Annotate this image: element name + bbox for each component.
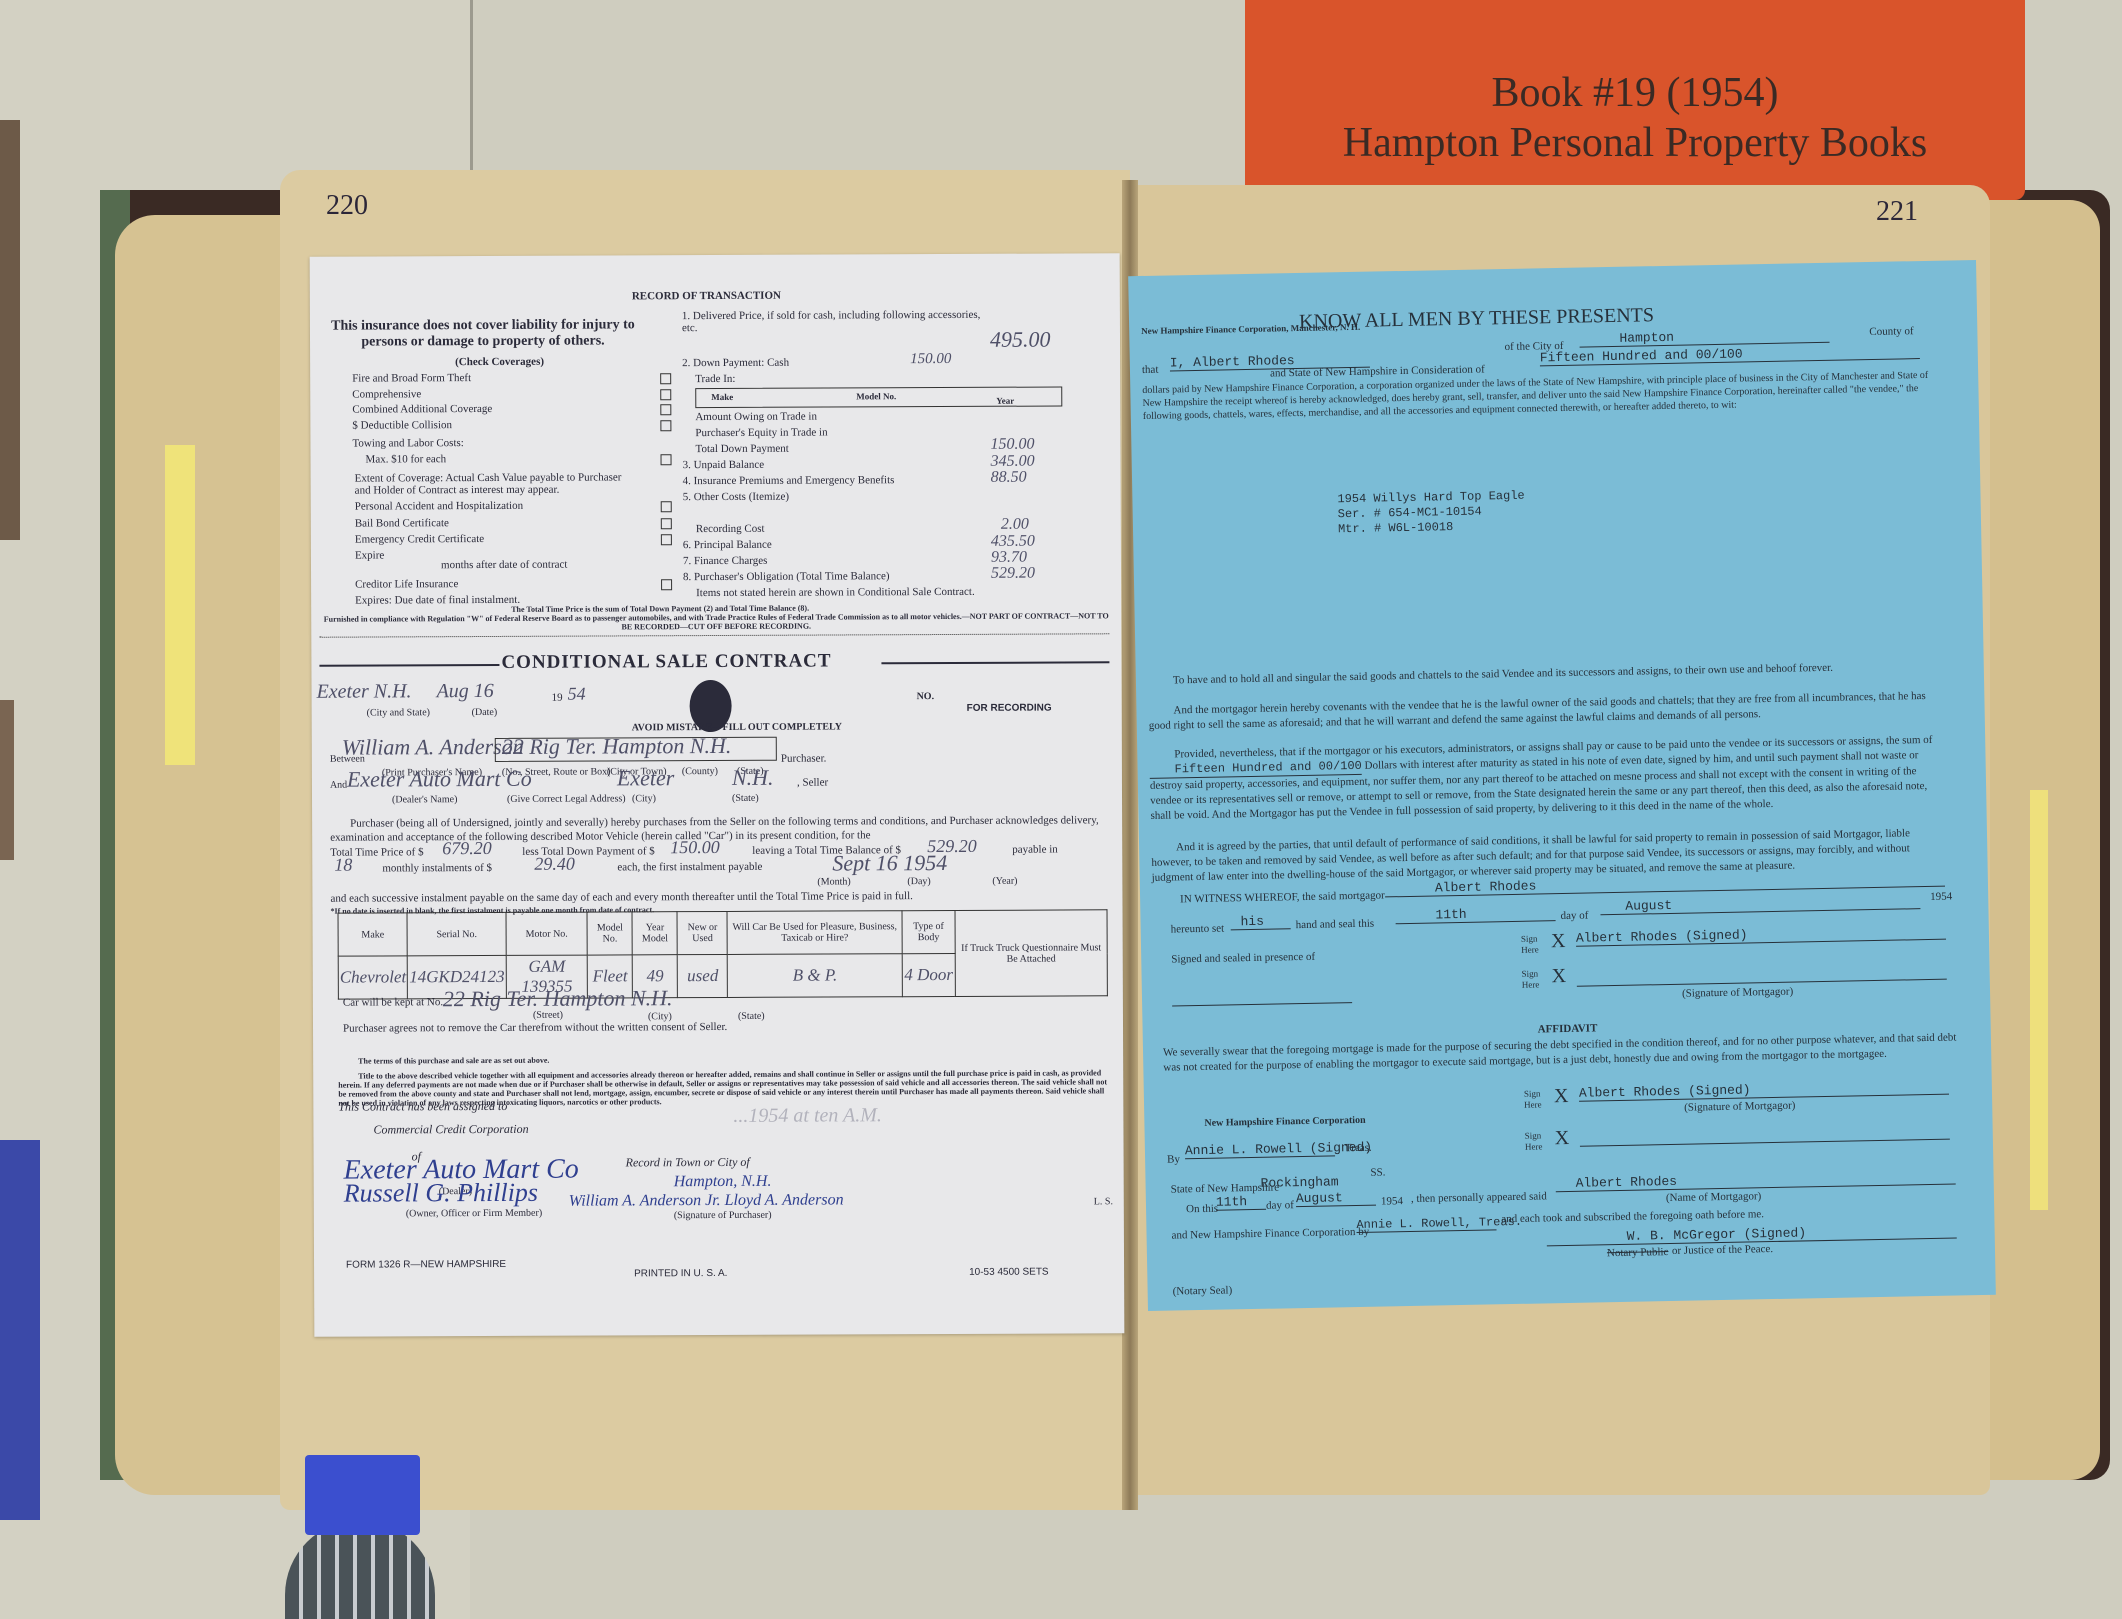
coverage-combined: Combined Additional Coverage — [352, 403, 492, 416]
th-new-used: New or Used — [677, 911, 727, 954]
assigned-to: Commercial Credit Corporation — [373, 1122, 528, 1138]
para-hold: To have and to hold all and singular the… — [1148, 659, 1948, 689]
that-label: that — [1142, 364, 1159, 376]
corp-by-label: and New Hampshire Finance Corporation by — [1171, 1226, 1369, 1242]
checkbox-comprehensive[interactable] — [660, 389, 671, 400]
witness-line[interactable] — [1172, 1002, 1352, 1006]
x-mark-2: X — [1551, 965, 1566, 988]
faint-pencil-note: ...1954 at ten A.M. — [733, 1104, 882, 1128]
no-label: NO. — [917, 691, 935, 702]
value-obligation[interactable]: 529.20 — [991, 565, 1035, 583]
cell-body[interactable]: 4 Door — [902, 953, 955, 996]
month-label: (Month) — [817, 876, 850, 887]
on-this-label: On this — [1186, 1203, 1218, 1216]
record-in-label: Record in Town or City of — [626, 1155, 750, 1171]
coverage-creditor-life: Creditor Life Insurance — [355, 578, 458, 590]
checkbox-combined[interactable] — [660, 404, 671, 415]
dealer-name-label: (Dealer's Name) — [392, 794, 457, 805]
coverage-accident: Personal Accident and Hospitalization — [355, 500, 523, 513]
th-serial: Serial No. — [407, 912, 506, 955]
mortgagor-signature[interactable]: Albert Rhodes (Signed) — [1576, 924, 1946, 947]
seller-suffix: , Seller — [797, 777, 828, 789]
name-of-mortgagor-label: (Name of Mortgagor) — [1666, 1190, 1762, 1204]
county-of-label: County of — [1869, 325, 1914, 338]
notary-month[interactable]: August — [1296, 1190, 1376, 1208]
purchaser-county-label: (County) — [682, 766, 718, 777]
item-total-down: Total Down Payment — [695, 443, 788, 455]
th-motor: Motor No. — [506, 912, 588, 955]
contract-city-state[interactable]: Exeter N.H. — [316, 680, 411, 703]
purchaser-sig-label: (Signature of Purchaser) — [674, 1210, 772, 1221]
instalments-count[interactable]: 18 — [334, 855, 352, 876]
first-payable-label: each, the first instalment payable — [617, 861, 762, 874]
printed-in: PRINTED IN U. S. A. — [634, 1268, 727, 1279]
sign-here-4: Sign Here — [1525, 1130, 1555, 1153]
signature-label-1: (Signature of Mortgagor) — [1682, 986, 1793, 1000]
item-obligation: 8. Purchaser's Obligation (Total Time Ba… — [683, 570, 890, 583]
seller-city-label: (City) — [632, 793, 656, 804]
mortgage-city[interactable]: Hampton — [1579, 327, 1829, 348]
x-mark-1: X — [1551, 930, 1566, 953]
officer-label: (Owner, Officer or Firm Member) — [406, 1208, 542, 1220]
vehicle-description: 1954 Willys Hard Top Eagle — [1337, 489, 1524, 507]
kept-at-address[interactable]: 22 Rig Ter. Hampton N.H. — [443, 985, 673, 1012]
legal-address-label: (Give Correct Legal Address) — [507, 793, 626, 805]
hand-seal-label: hand and seal this — [1296, 918, 1375, 932]
th-body: Type of Body — [902, 910, 955, 953]
contract-year-suffix[interactable]: 54 — [568, 684, 586, 705]
value-delivered-price[interactable]: 495.00 — [990, 327, 1051, 353]
sign-here-1: Sign Here — [1521, 933, 1551, 956]
th-model: Model No. — [587, 912, 632, 955]
title-rule-right — [881, 661, 1109, 664]
corp-name: New Hampshire Finance Corporation — [1204, 1115, 1365, 1129]
signature-label-2: (Signature of Mortgagor) — [1684, 1100, 1795, 1114]
kept-at-label: Car will be kept at No. — [343, 996, 443, 1008]
value-down-cash[interactable]: 150.00 — [910, 351, 951, 368]
conditional-sale-form: RECORD OF TRANSACTION This insurance doe… — [310, 253, 1125, 1337]
affidavit-title: AFFIDAVIT — [1538, 1022, 1598, 1035]
compliance-note: Furnished in compliance with Regulation … — [321, 611, 1111, 632]
seller-city[interactable]: Exeter — [617, 765, 675, 791]
sign-here-2: Sign Here — [1522, 968, 1552, 991]
binder-clip-icon[interactable] — [305, 1455, 420, 1535]
binder-edge — [0, 120, 20, 540]
cut-line — [319, 633, 1109, 637]
checkbox-accident[interactable] — [661, 501, 672, 512]
purchaser-signature[interactable]: William A. Anderson Jr. Lloyd A. Anderso… — [569, 1191, 844, 1210]
coverage-expire: Expire — [355, 549, 384, 561]
appeared-label: , then personally appeared said — [1411, 1190, 1547, 1205]
treasurer-signature[interactable]: Annie L. Rowell (Signed) — [1185, 1140, 1335, 1159]
book-label-text: Book #19 (1954) Hampton Personal Propert… — [1245, 68, 2025, 168]
monthly-amount[interactable]: 29.40 — [534, 854, 575, 875]
seller-state[interactable]: N.H. — [732, 765, 774, 791]
vehicle-serial: Ser. # 654-MC1-10154 — [1338, 504, 1482, 521]
coverage-emergency: Emergency Credit Certificate — [355, 533, 484, 546]
checkbox-collision[interactable] — [660, 420, 671, 431]
notary-day-of-label: day of — [1266, 1199, 1294, 1212]
item-down-cash: 2. Down Payment: Cash — [682, 357, 789, 369]
value-recording-cost[interactable]: 2.00 — [1001, 516, 1029, 534]
left-page-number: 220 — [326, 190, 368, 222]
record-title: RECORD OF TRANSACTION — [632, 290, 781, 303]
treas-label: Treas. — [1345, 1142, 1372, 1155]
yellow-tab-right[interactable] — [2030, 790, 2048, 1210]
purchaser-address[interactable]: 22 Rig Ter. Hampton N.H. — [502, 733, 732, 760]
x-mark-3: X — [1554, 1085, 1569, 1108]
cell-usage[interactable]: B & P. — [728, 954, 903, 998]
coverage-fire: Fire and Broad Form Theft — [352, 372, 471, 385]
notary-struck: Notary Public — [1607, 1246, 1669, 1259]
affidavit-signature[interactable]: Albert Rhodes (Signed) — [1579, 1079, 1949, 1102]
trade-in-table: Make Model No. Year — [695, 386, 1062, 408]
yellow-tab-left[interactable] — [165, 445, 195, 765]
first-payable-date[interactable]: Sept 16 1954 — [832, 850, 947, 877]
book-label-line2: Hampton Personal Property Books — [1245, 118, 2025, 168]
assigned-to-label: This Contract has been assigned to — [338, 1099, 507, 1115]
value-insurance[interactable]: 88.50 — [991, 469, 1027, 487]
notary-day[interactable]: 11th — [1216, 1194, 1266, 1211]
sets-number: 10-53 4500 SETS — [969, 1267, 1049, 1278]
item-other-costs: 5. Other Costs (Itemize) — [683, 491, 789, 503]
record-in-town[interactable]: Hampton, N.H. — [674, 1173, 772, 1191]
contract-year-prefix: 19 — [552, 692, 563, 704]
vehicle-motor: Mtr. # W6L-10018 — [1338, 520, 1453, 536]
checkbox-fire[interactable] — [660, 373, 671, 384]
day-label: (Day) — [907, 876, 930, 887]
item-principal: 6. Principal Balance — [683, 539, 772, 551]
item-trade-in: Trade In: — [695, 373, 735, 385]
witness-month[interactable]: August — [1600, 893, 1920, 915]
avoid-mistake: AVOID MISTAKE—FILL OUT COMPLETELY — [632, 721, 842, 733]
contract-title: CONDITIONAL SALE CONTRACT — [501, 650, 831, 673]
remove-note: Purchaser agrees not to remove the Car t… — [343, 1021, 727, 1035]
kept-state-label: (State) — [738, 1011, 765, 1022]
and-label: And — [330, 780, 347, 791]
checkbox-bail[interactable] — [661, 518, 672, 529]
cell-new-used[interactable]: used — [678, 954, 728, 997]
notary-year: 1954 — [1381, 1195, 1403, 1207]
payable-in: payable in — [1012, 844, 1058, 856]
coverage-bail: Bail Bond Certificate — [355, 517, 449, 529]
total-time-price[interactable]: 679.20 — [442, 838, 492, 859]
witness-year: 1954 — [1930, 891, 1952, 903]
monthly-label: monthly instalments of $ — [382, 862, 492, 874]
item-equity-trade: Purchaser's Equity in Trade in — [695, 427, 827, 440]
item-insurance: 4. Insurance Premiums and Emergency Bene… — [683, 474, 895, 487]
affidavit-text: We severally swear that the foregoing mo… — [1163, 1030, 1963, 1075]
seller-state-label: (State) — [732, 793, 759, 804]
cell-make[interactable]: Chevrolet — [338, 956, 408, 999]
year-label: (Year) — [992, 876, 1017, 887]
date-label: (Date) — [472, 707, 498, 718]
coverage-months: months after date of contract — [441, 559, 568, 572]
check-coverages: (Check Coverages) — [455, 356, 544, 368]
coverage-extent: Extent of Coverage: Actual Cash Value pa… — [355, 471, 635, 496]
officer-signature[interactable]: Russell G. Phillips — [344, 1178, 538, 1209]
for-recording: FOR RECORDING — [967, 703, 1052, 714]
contract-date[interactable]: Aug 16 — [436, 680, 493, 703]
item-unpaid-balance: 3. Unpaid Balance — [683, 459, 765, 471]
chattel-mortgage-form: New Hampshire Finance Corporation, Manch… — [1128, 260, 1996, 1311]
appeared-name[interactable]: Albert Rhodes — [1555, 1169, 1955, 1193]
successive-text: and each successive instalment payable o… — [330, 890, 913, 905]
hereunto-label: hereunto set — [1171, 923, 1225, 936]
checkbox-creditor-life[interactable] — [661, 579, 672, 590]
title-rule-left — [319, 664, 499, 667]
checkbox-towing[interactable] — [661, 454, 672, 465]
value-total-down[interactable]: 150.00 — [990, 436, 1034, 454]
ls-mark: L. S. — [1094, 1196, 1113, 1207]
corp-by-value[interactable]: Annie L. Rowell, Treas. — [1356, 1215, 1496, 1233]
vehicle-header-row: Make Serial No. Motor No. Model No. Year… — [338, 910, 1107, 956]
item-recording-cost: Recording Cost — [696, 523, 765, 535]
trade-year-header: Year — [996, 396, 1014, 406]
terms-set-out: The terms of this purchase and sale are … — [358, 1056, 549, 1066]
form-number: FORM 1326 R—NEW HAMPSHIRE — [346, 1259, 506, 1271]
th-usage: Will Car Be Used for Pleasure, Business,… — [727, 911, 902, 955]
items-note: Items not stated herein are shown in Con… — [696, 586, 975, 599]
sign-here-3: Sign Here — [1524, 1088, 1554, 1111]
item-finance-charges: 7. Finance Charges — [683, 555, 767, 567]
pronoun[interactable]: his — [1230, 913, 1290, 930]
item-delivered-price: 1. Delivered Price, if sold for cash, in… — [682, 309, 982, 334]
insurance-notice: This insurance does not cover liability … — [318, 317, 648, 350]
right-page-number: 221 — [1876, 196, 1918, 228]
coverage-comprehensive: Comprehensive — [352, 388, 421, 400]
county-value[interactable]: Rockingham — [1260, 1174, 1338, 1190]
city-state-label: (City and State) — [367, 707, 430, 718]
mortgage-title: KNOW ALL MEN BY THESE PRESENTS — [1299, 304, 1654, 334]
coverage-towing-max: Max. $10 for each — [366, 453, 447, 465]
checkbox-emergency[interactable] — [661, 534, 672, 545]
book-label-line1: Book #19 (1954) — [1245, 68, 2025, 118]
by-label: By — [1167, 1153, 1180, 1165]
binder-edge-lower — [0, 700, 14, 860]
coverage-towing: Towing and Labor Costs: — [352, 437, 463, 449]
trade-model-header: Model No. — [856, 391, 896, 401]
notary-seal: (Notary Seal) — [1173, 1284, 1233, 1297]
th-make: Make — [338, 913, 408, 956]
trade-make-header: Make — [711, 392, 733, 402]
witness-day[interactable]: 11th — [1395, 905, 1555, 924]
coverage-collision: $ Deductible Collision — [352, 419, 452, 431]
x-mark-4: X — [1555, 1127, 1570, 1150]
seller-name[interactable]: Exeter Auto Mart Co — [347, 766, 532, 793]
intro-paragraph: dollars paid by New Hampshire Finance Co… — [1142, 369, 1943, 423]
th-truck: If Truck Truck Questionnaire Must Be Att… — [955, 910, 1107, 997]
oath-text: and each took and subscribed the foregoi… — [1501, 1208, 1764, 1225]
justice-label: or Justice of the Peace. — [1672, 1243, 1773, 1257]
item-owing-trade: Amount Owing on Trade in — [695, 411, 817, 424]
para-provided: Provided, nevertheless, that if the mort… — [1149, 733, 1950, 824]
witness-label: IN WITNESS WHEREOF, the said mortgagor — [1180, 889, 1385, 905]
kept-street-label: (Street) — [533, 1010, 563, 1021]
purchaser-suffix: Purchaser. — [781, 753, 827, 765]
blue-tape — [0, 1140, 40, 1520]
day-of-label: day of — [1560, 910, 1588, 923]
coverage-expires: Expires: Due date of final instalment. — [355, 594, 520, 607]
th-year: Year Model — [632, 912, 677, 955]
signature-line-4[interactable] — [1580, 1139, 1950, 1147]
ss-label: SS. — [1370, 1166, 1385, 1178]
signed-presence: Signed and sealed in presence of — [1171, 951, 1315, 966]
para-covenant: And the mortgagor herein hereby covenant… — [1148, 689, 1948, 734]
contract-down-payment[interactable]: 150.00 — [670, 837, 720, 858]
